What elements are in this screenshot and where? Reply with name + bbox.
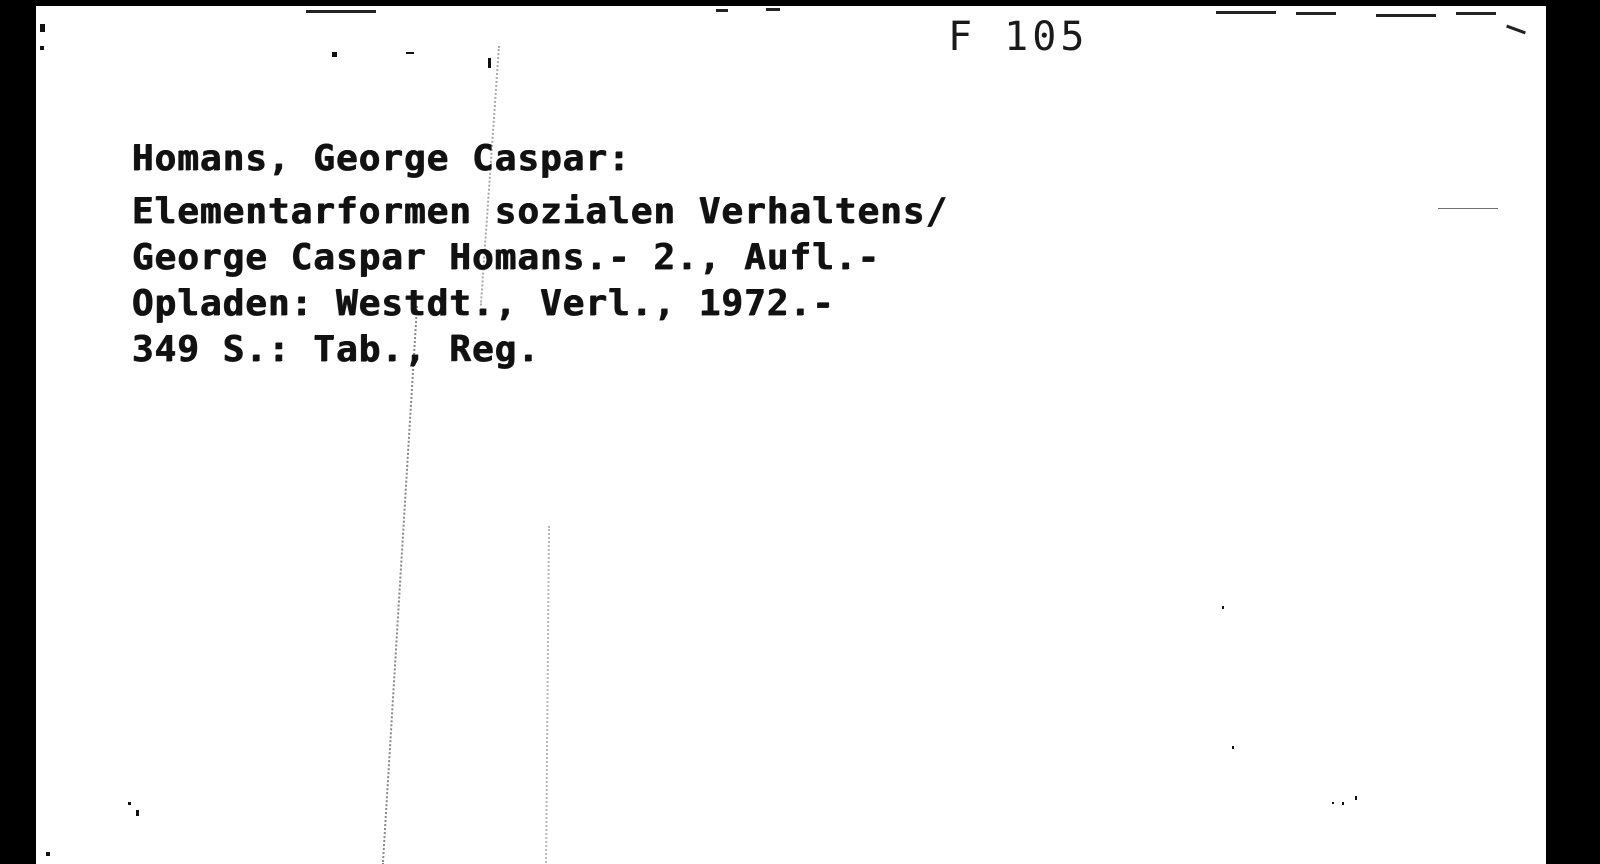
ink-speck <box>488 58 491 68</box>
shelfmark: F 105 <box>948 14 1088 60</box>
ink-speck <box>1232 746 1234 749</box>
ink-speck <box>332 52 337 57</box>
title-line: Elementarformen sozialen Verhaltens/ <box>132 189 948 235</box>
ink-speck <box>136 810 139 816</box>
bibliographic-entry: Elementarformen sozialen Verhaltens/ Geo… <box>132 189 948 373</box>
edge-mark <box>716 9 728 12</box>
ink-speck <box>1222 606 1224 609</box>
author-edition-line: George Caspar Homans.- 2., Aufl.- <box>132 235 948 281</box>
ink-speck <box>128 802 131 805</box>
collation-line: 349 S.: Tab., Reg. <box>132 327 948 373</box>
edge-mark <box>1216 11 1276 14</box>
edge-mark <box>1376 14 1436 17</box>
ink-speck <box>1342 802 1344 805</box>
edge-mark <box>1456 12 1496 15</box>
ink-speck <box>406 52 414 54</box>
ink-speck <box>40 46 44 50</box>
edge-mark <box>766 8 780 11</box>
edge-mark <box>1506 25 1526 35</box>
edge-mark <box>1296 12 1336 15</box>
crease-line <box>382 306 420 864</box>
crease-line <box>545 526 552 864</box>
catalog-card: F 105 Homans, George Caspar: Elementarfo… <box>36 6 1546 864</box>
author-heading: Homans, George Caspar: <box>132 138 631 179</box>
ink-speck <box>40 24 45 32</box>
publication-line: Opladen: Westdt., Verl., 1972.- <box>132 281 948 327</box>
ink-speck <box>46 852 50 856</box>
ink-speck <box>1332 802 1334 804</box>
edge-mark <box>306 10 376 13</box>
ink-speck <box>1438 208 1498 209</box>
ink-speck <box>1355 796 1357 800</box>
